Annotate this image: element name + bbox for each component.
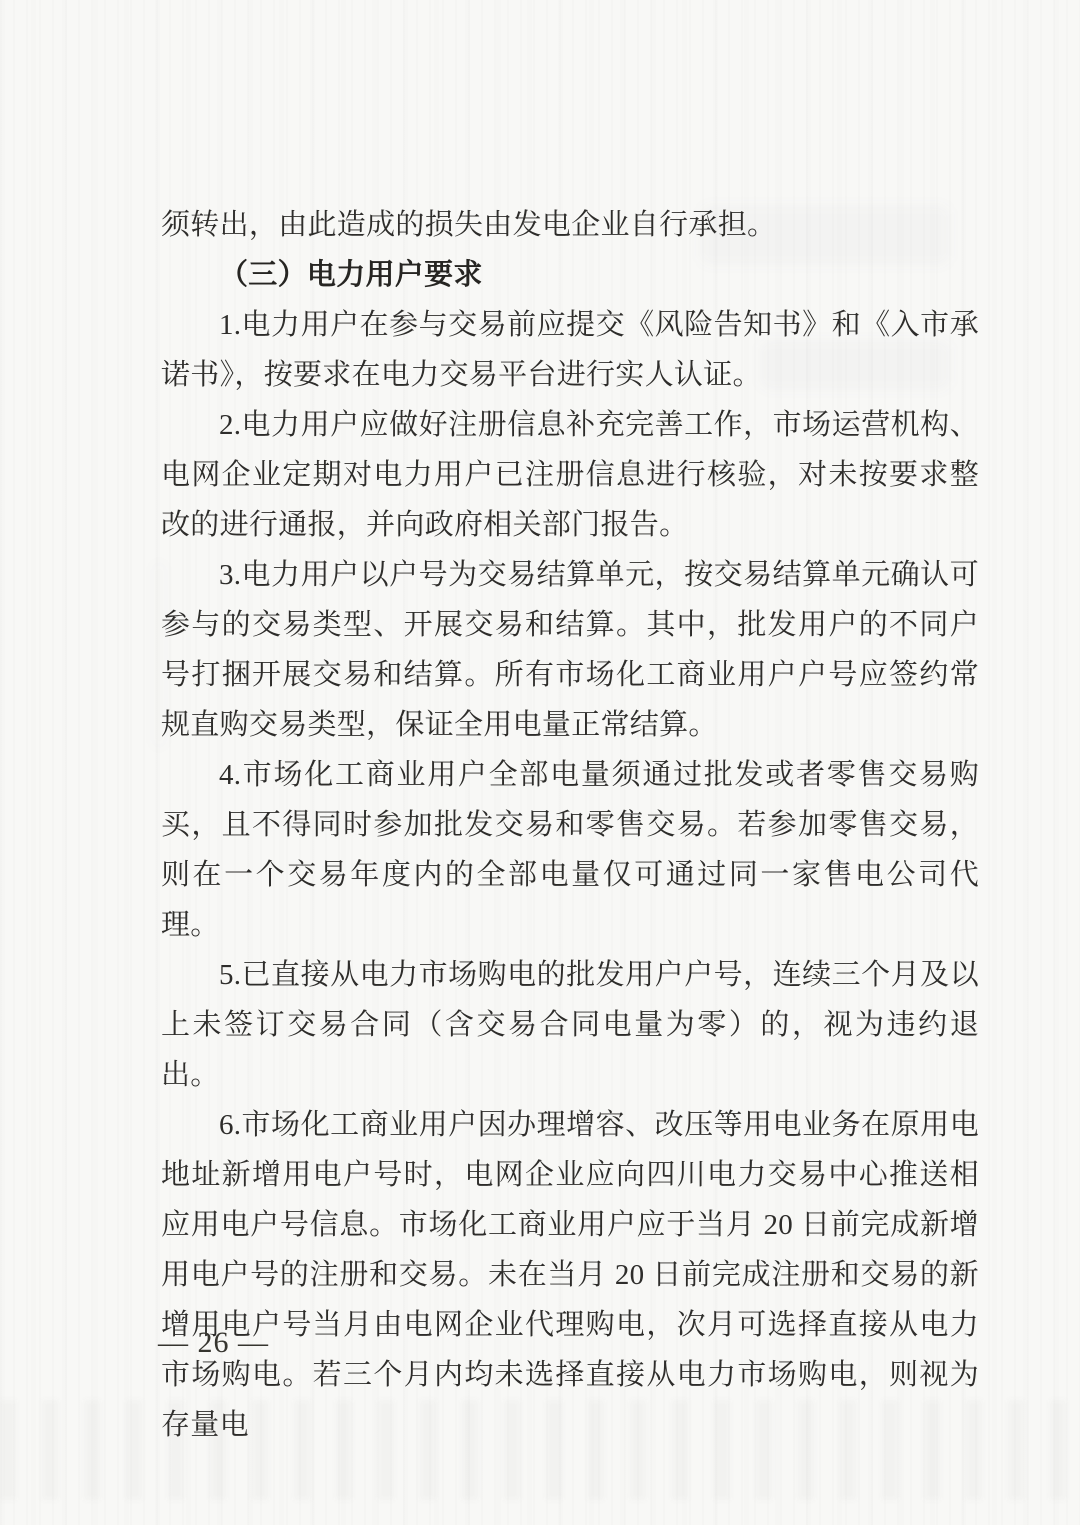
paragraph-item-1: 1.电力用户在参与交易前应提交《风险告知书》和《入市承诺书》，按要求在电力交易平…: [161, 300, 979, 400]
document-body: 须转出，由此造成的损失由发电企业自行承担。 （三）电力用户要求 1.电力用户在参…: [161, 200, 979, 1450]
paragraph-item-3: 3.电力用户以户号为交易结算单元，按交易结算单元确认可参与的交易类型、开展交易和…: [161, 550, 979, 750]
paragraph-item-4: 4.市场化工商业用户全部电量须通过批发或者零售交易购买，且不得同时参加批发交易和…: [161, 750, 979, 950]
document-page: { "document": { "paragraphs": [ { "text"…: [0, 0, 1080, 1525]
section-heading: （三）电力用户要求: [161, 250, 979, 300]
page-number: — 26 —: [158, 1318, 269, 1368]
paragraph-item-2: 2.电力用户应做好注册信息补充完善工作，市场运营机构、电网企业定期对电力用户已注…: [161, 400, 979, 550]
paragraph-item-6: 6.市场化工商业用户因办理增容、改压等用电业务在原用电地址新增用电户号时，电网企…: [161, 1100, 979, 1450]
paragraph-item-5: 5.已直接从电力市场购电的批发用户户号，连续三个月及以上未签订交易合同（含交易合…: [161, 950, 979, 1100]
paragraph-continuation: 须转出，由此造成的损失由发电企业自行承担。: [161, 200, 979, 250]
